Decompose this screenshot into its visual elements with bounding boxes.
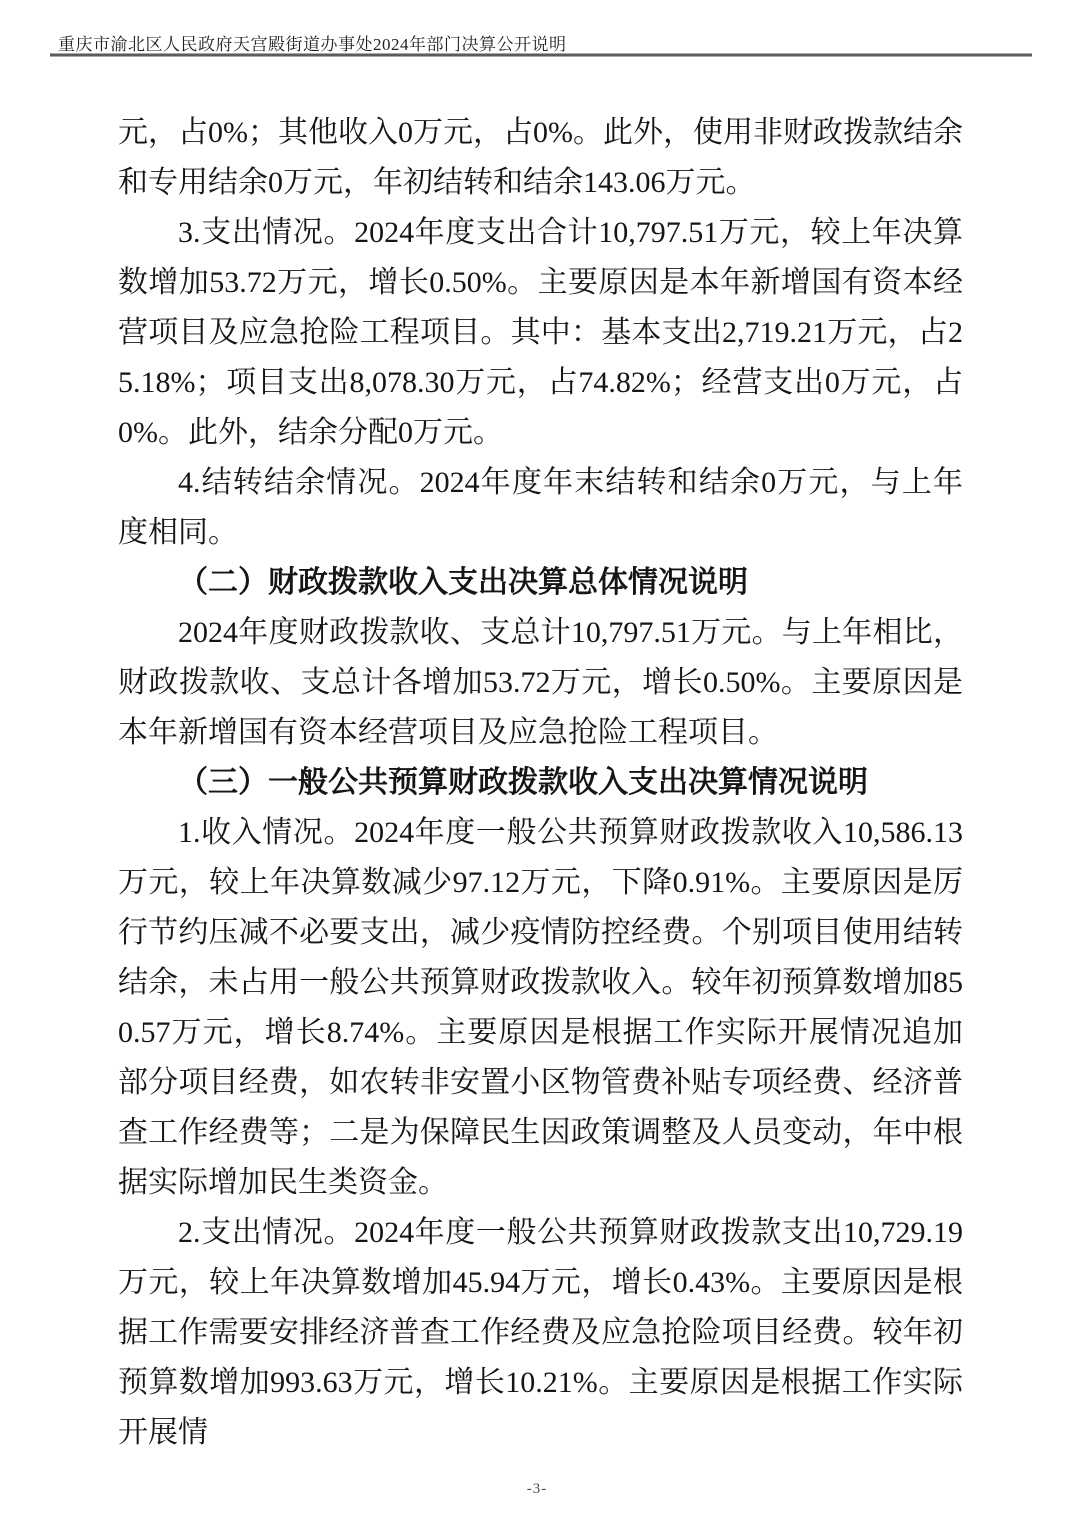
paragraph: 2.支出情况。2024年度一般公共预算财政拨款支出10,729.19万元，较上年…	[118, 1208, 963, 1458]
document-page: 重庆市渝北区人民政府天宫殿街道办事处2024年部门决算公开说明 元，占0%；其他…	[0, 0, 1074, 1520]
paragraph: （二）财政拨款收入支出决算总体情况说明	[118, 558, 963, 608]
header-title: 重庆市渝北区人民政府天宫殿街道办事处2024年部门决算公开说明	[58, 30, 567, 55]
document-body: 元，占0%；其他收入0万元，占0%。此外，使用非财政拨款结余和专用结余0万元，年…	[118, 108, 963, 1458]
paragraph: 2024年度财政拨款收、支总计10,797.51万元。与上年相比，财政拨款收、支…	[118, 608, 963, 758]
page-number: -3-	[527, 1481, 548, 1497]
paragraph: 1.收入情况。2024年度一般公共预算财政拨款收入10,586.13万元，较上年…	[118, 808, 963, 1208]
paragraph: 4.结转结余情况。2024年度年末结转和结余0万元，与上年度相同。	[118, 458, 963, 558]
header-rule	[50, 53, 1032, 57]
paragraph: 3.支出情况。2024年度支出合计10,797.51万元，较上年决算数增加53.…	[118, 208, 963, 458]
paragraph: （三）一般公共预算财政拨款收入支出决算情况说明	[118, 758, 963, 808]
paragraph: 元，占0%；其他收入0万元，占0%。此外，使用非财政拨款结余和专用结余0万元，年…	[118, 108, 963, 208]
page-footer: -3-	[0, 1480, 1074, 1498]
